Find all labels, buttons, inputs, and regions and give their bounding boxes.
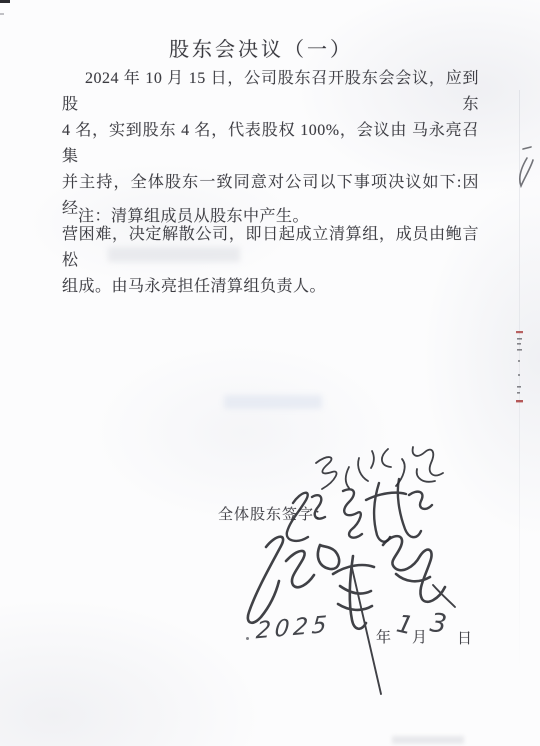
signature-label: 全体股东签字： <box>218 503 330 524</box>
signature-ma-yongliang <box>316 447 443 489</box>
resolution-paragraph: 2024 年 10 月 15 日，公司股东召开股东会会议，应到股东 4 名，实到… <box>62 66 479 300</box>
scanned-document-page: 股东会决议（一） 2024 年 10 月 15 日，公司股东召开股东会会议，应到… <box>0 0 540 746</box>
paragraph-line: 组成。由马永亮担任清算组负责人。 <box>62 274 479 300</box>
date-year-label: 年 <box>376 626 391 647</box>
handwritten-year: 2025 <box>255 612 332 645</box>
paragraph-line: 2024 年 10 月 15 日，公司股东召开股东会会议，应到股东 <box>62 66 479 118</box>
document-title: 股东会决议（一） <box>0 33 522 62</box>
handwritten-day: 3 <box>428 608 448 640</box>
paper-edge-shadow <box>519 90 520 675</box>
scan-corner-artifact <box>0 0 10 3</box>
date-month-label: 月 <box>412 626 427 647</box>
bleed-through-smudge <box>392 736 464 744</box>
date-day-label: 日 <box>457 627 472 648</box>
note-line: 注：清算组成员从股东中产生。 <box>62 204 479 230</box>
pen-dot <box>246 637 249 640</box>
paragraph-line: 4 名，实到股东 4 名，代表股权 100%，会议由 马永亮召集 <box>62 118 479 170</box>
signature-illegible <box>248 536 455 694</box>
bleed-through-smudge <box>224 395 322 409</box>
scan-corner-dot <box>0 13 4 15</box>
pencil-mark <box>520 147 533 186</box>
